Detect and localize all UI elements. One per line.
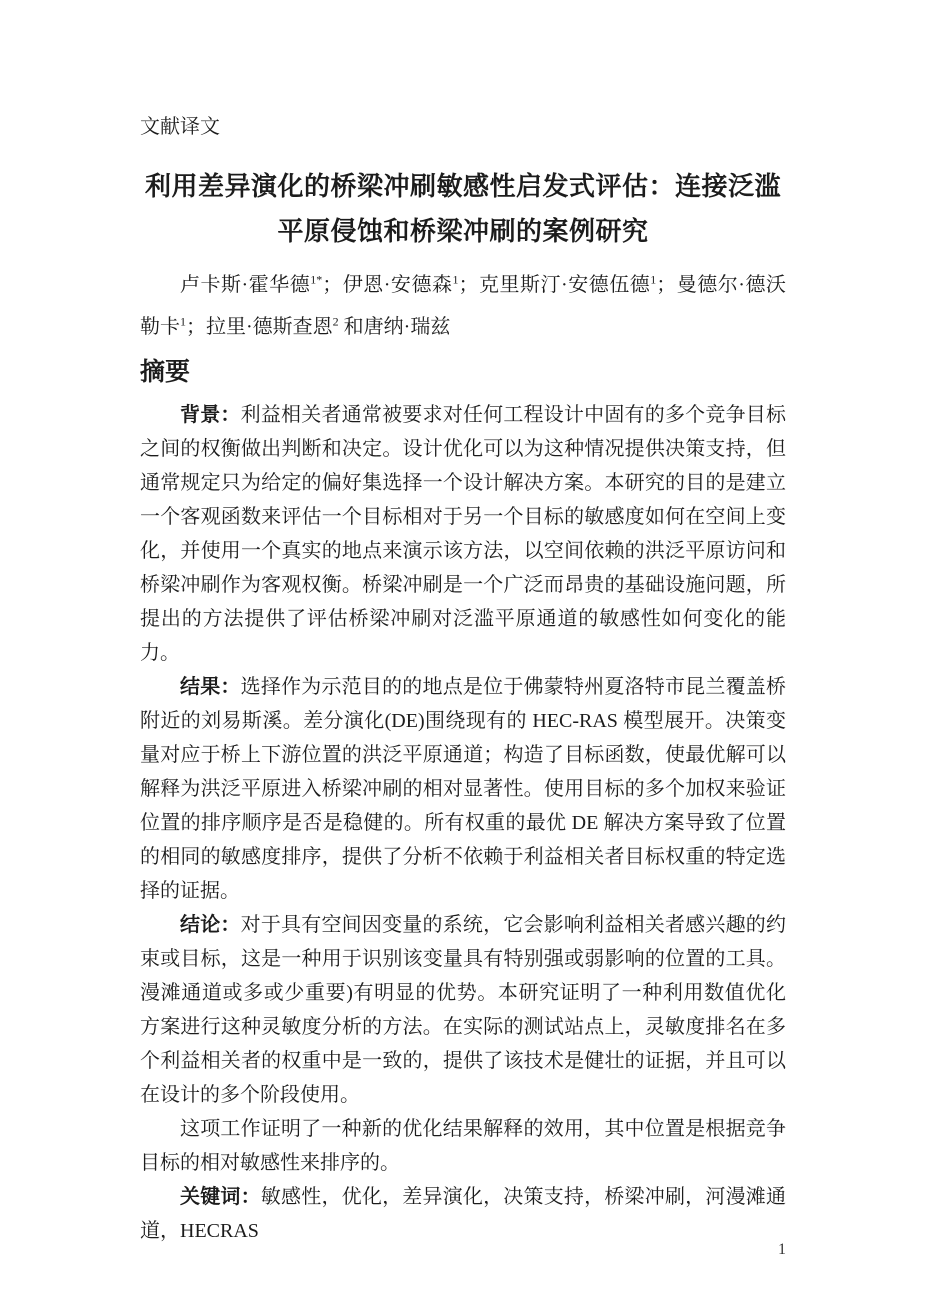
paragraph-lead: 结果： xyxy=(180,676,241,698)
page-content: 文献译文 利用差异演化的桥梁冲刷敏感性启发式评估：连接泛滥 平原侵蚀和桥梁冲刷的… xyxy=(0,0,926,1248)
abstract-paragraphs: 背景：利益相关者通常被要求对任何工程设计中固有的多个竞争目标之间的权衡做出判断和… xyxy=(140,398,786,1248)
author-name: ；伊恩·安德森 xyxy=(322,274,452,296)
page-number: 1 xyxy=(778,1241,786,1259)
doc-type-label: 文献译文 xyxy=(140,114,786,140)
document-page: 文献译文 利用差异演化的桥梁冲刷敏感性启发式评估：连接泛滥 平原侵蚀和桥梁冲刷的… xyxy=(0,0,926,1309)
title-line-2: 平原侵蚀和桥梁冲刷的案例研究 xyxy=(140,209,786,254)
author-name: ；克里斯汀·安德伍德 xyxy=(458,274,650,296)
abstract-paragraph: 背景：利益相关者通常被要求对任何工程设计中固有的多个竞争目标之间的权衡做出判断和… xyxy=(140,398,786,670)
paragraph-lead: 结论： xyxy=(180,914,241,936)
author-name: 卢卡斯·霍华德 xyxy=(180,274,310,296)
abstract-paragraph: 关键词：敏感性，优化，差异演化，决策支持，桥梁冲刷，河漫滩通道，HECRAS xyxy=(140,1180,786,1248)
paragraph-lead: 背景： xyxy=(180,404,241,426)
abstract-paragraph: 结论：对于具有空间因变量的系统，它会影响利益相关者感兴趣的约束或目标，这是一种用… xyxy=(140,908,786,1112)
title-line-1: 利用差异演化的桥梁冲刷敏感性启发式评估：连接泛滥 xyxy=(140,164,786,209)
abstract-heading: 摘要 xyxy=(140,356,786,388)
author-name: 和唐纳·瑞兹 xyxy=(339,316,451,338)
paper-title: 利用差异演化的桥梁冲刷敏感性启发式评估：连接泛滥 平原侵蚀和桥梁冲刷的案例研究 xyxy=(140,164,786,254)
author-line: 卢卡斯·霍华德1*；伊恩·安德森1；克里斯汀·安德伍德1；曼德尔·德沃勒卡1；拉… xyxy=(140,264,786,348)
paragraph-lead: 关键词： xyxy=(180,1186,261,1208)
author-name: ；拉里·德斯查恩 xyxy=(186,316,333,338)
author-superscript: 1* xyxy=(310,272,322,286)
abstract-paragraph: 这项工作证明了一种新的优化结果解释的效用，其中位置是根据竞争目标的相对敏感性来排… xyxy=(140,1112,786,1180)
abstract-paragraph: 结果：选择作为示范目的的地点是位于佛蒙特州夏洛特市昆兰覆盖桥附近的刘易斯溪。差分… xyxy=(140,670,786,908)
